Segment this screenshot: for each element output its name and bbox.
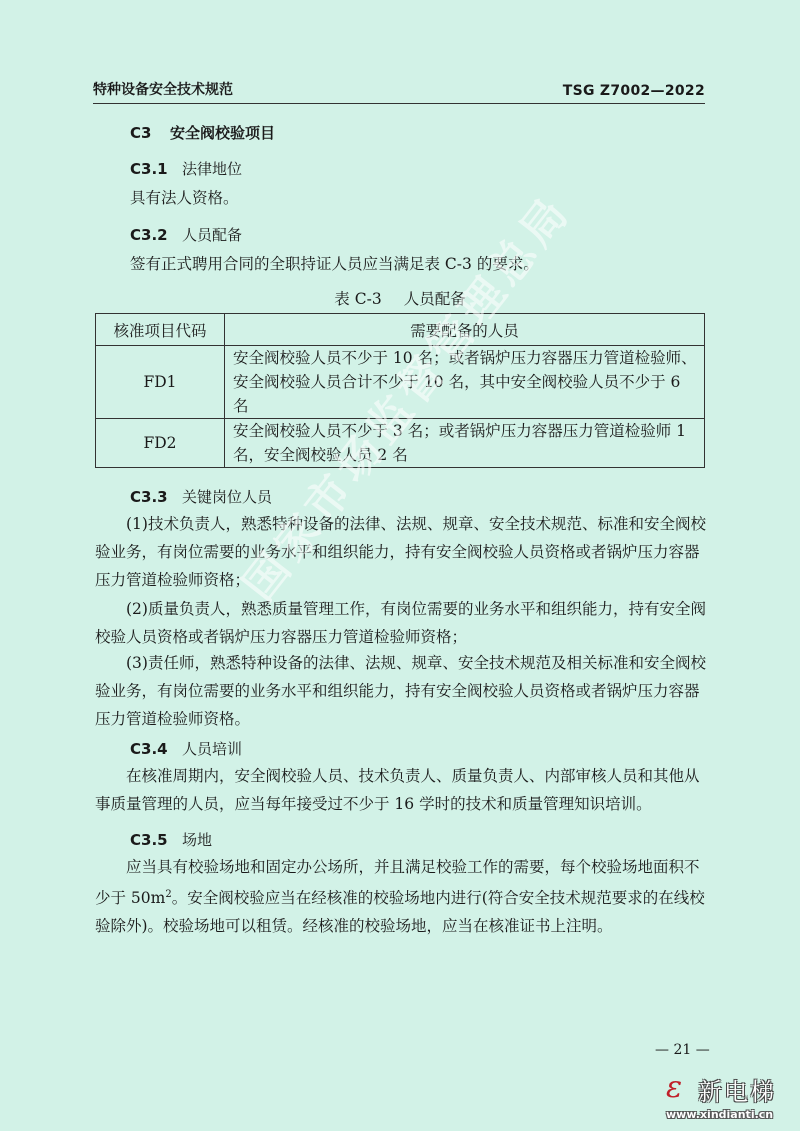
section-number: C3.3 xyxy=(130,488,182,506)
section-c3-2-heading: C3.2人员配备 xyxy=(130,224,242,245)
table-caption: 表 C-3人员配备 xyxy=(0,287,800,309)
section-c3-1-body: 具有法人资格。 xyxy=(130,184,710,212)
staffing-table: 核准项目代码 需要配备的人员 FD1 安全阀校验人员不少于 10 名；或者锅炉压… xyxy=(95,313,705,468)
table-cell-code: FD1 xyxy=(96,346,225,419)
section-title: 人员配备 xyxy=(182,226,242,244)
section-c3-5-body: 应当具有校验场地和固定办公场所，并且满足校验工作的需要，每个校验场地面积不少于 … xyxy=(95,853,707,940)
section-number: C3.4 xyxy=(130,740,182,758)
section-title: 场地 xyxy=(182,831,212,849)
table-caption-label: 表 C-3 xyxy=(334,290,381,308)
page-header: 特种设备安全技术规范 TSG Z7002—2022 xyxy=(93,76,705,104)
section-c3-3-item-1: (1)技术负责人，熟悉特种设备的法律、法规、规章、安全技术规范、标准和安全阀校验… xyxy=(95,510,707,594)
logo-name: 新电梯 xyxy=(698,1072,776,1107)
section-c3-2-body: 签有正式聘用合同的全职持证人员应当满足表 C-3 的要求。 xyxy=(130,250,710,278)
table-cell-desc: 安全阀校验人员不少于 3 名；或者锅炉压力容器压力管道检验师 1 名，安全阀校验… xyxy=(225,419,705,468)
table-header-personnel: 需要配备的人员 xyxy=(225,314,705,346)
section-number: C3.2 xyxy=(130,226,182,244)
section-title: 法律地位 xyxy=(182,160,242,178)
body-text: 。安全阀校验应当在经核准的校验场地内进行(符合安全技术规范要求的在线校验除外)。… xyxy=(95,889,705,935)
header-standard-code: TSG Z7002—2022 xyxy=(563,83,705,99)
table-row: FD2 安全阀校验人员不少于 3 名；或者锅炉压力容器压力管道检验师 1 名，安… xyxy=(96,419,705,468)
section-title: 关键岗位人员 xyxy=(182,488,272,506)
site-logo[interactable]: ε 新电梯 www.xindianti.cn xyxy=(666,1070,800,1131)
logo-url: www.xindianti.cn xyxy=(666,1108,773,1121)
table-row: FD1 安全阀校验人员不少于 10 名；或者锅炉压力容器压力管道检验师、安全阀校… xyxy=(96,346,705,419)
section-number: C3 xyxy=(130,124,170,142)
section-c3-5-heading: C3.5场地 xyxy=(130,829,212,850)
section-c3-4-heading: C3.4人员培训 xyxy=(130,738,242,759)
section-title: 人员培训 xyxy=(182,740,242,758)
section-number: C3.5 xyxy=(130,831,182,849)
table-header-code: 核准项目代码 xyxy=(96,314,225,346)
table-cell-code: FD2 xyxy=(96,419,225,468)
table-header-row: 核准项目代码 需要配备的人员 xyxy=(96,314,705,346)
section-c3-3-item-2: (2)质量负责人，熟悉质量管理工作，有岗位需要的业务水平和组织能力，持有安全阀校… xyxy=(95,595,707,651)
table-cell-desc: 安全阀校验人员不少于 10 名；或者锅炉压力容器压力管道检验师、安全阀校验人员合… xyxy=(225,346,705,419)
section-c3-1-heading: C3.1法律地位 xyxy=(130,158,242,179)
section-c3-3-item-3: (3)责任师，熟悉特种设备的法律、法规、规章、安全技术规范及相关标准和安全阀校验… xyxy=(95,649,707,733)
table-caption-title: 人员配备 xyxy=(404,290,466,308)
section-number: C3.1 xyxy=(130,160,182,178)
section-title: 安全阀校验项目 xyxy=(170,124,275,142)
section-c3-3-heading: C3.3关键岗位人员 xyxy=(130,486,272,507)
header-title: 特种设备安全技术规范 xyxy=(93,79,233,99)
page-number: — 21 — xyxy=(655,1042,710,1058)
section-c3-heading: C3安全阀校验项目 xyxy=(130,122,275,143)
section-c3-4-body: 在核准周期内，安全阀校验人员、技术负责人、质量负责人、内部审核人员和其他从事质量… xyxy=(95,762,707,818)
logo-mark-icon: ε xyxy=(666,1070,682,1105)
